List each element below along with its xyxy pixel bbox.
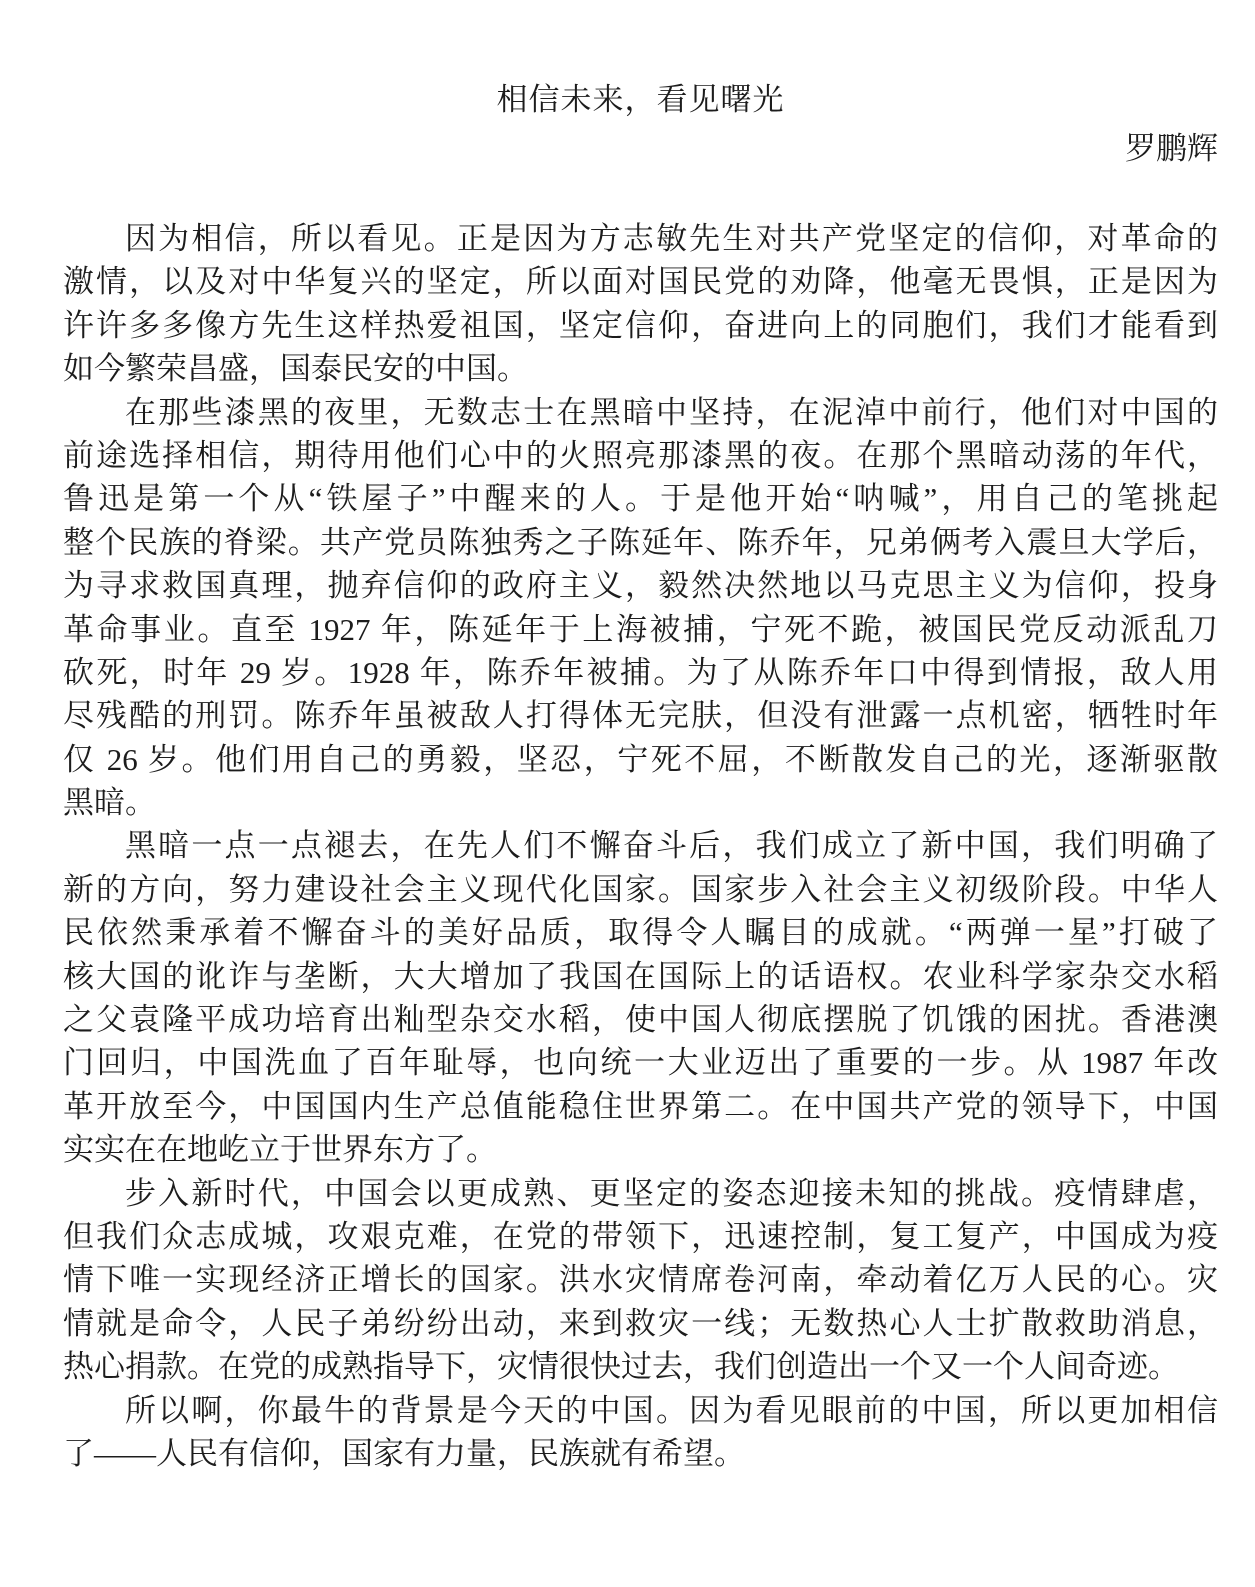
text-line: 革命事业。直至 1927 年，陈延年于上海被捕，宁死不跪，被国民党反动派乱刀 xyxy=(63,608,1218,651)
text-line: 革开放至今，中国国内生产总值能稳住世界第二。在中国共产党的领导下，中国 xyxy=(63,1085,1218,1128)
text-line: 情下唯一实现经济正增长的国家。洪水灾情席卷河南，牵动着亿万人民的心。灾 xyxy=(63,1258,1218,1301)
text-line: 在那些漆黑的夜里，无数志士在黑暗中坚持，在泥淖中前行，他们对中国的 xyxy=(63,391,1218,434)
text-line: 新的方向，努力建设社会主义现代化国家。国家步入社会主义初级阶段。中华人 xyxy=(63,868,1218,911)
page-title: 相信未来，看见曙光 xyxy=(63,82,1218,118)
text-line: 门回归，中国洗血了百年耻辱，也向统一大业迈出了重要的一步。从 1987 年改 xyxy=(63,1041,1218,1084)
text-line: 步入新时代，中国会以更成熟、更坚定的姿态迎接未知的挑战。疫情肆虐， xyxy=(63,1172,1218,1215)
text-line: 核大国的讹诈与垄断，大大增加了我国在国际上的话语权。农业科学家杂交水稻 xyxy=(63,955,1218,998)
text-line: 之父袁隆平成功培育出籼型杂交水稻，使中国人彻底摆脱了饥饿的困扰。香港澳 xyxy=(63,998,1218,1041)
text-line: 黑暗。 xyxy=(63,781,1218,824)
text-line: 实实在在地屹立于世界东方了。 xyxy=(63,1128,1218,1171)
text-line: 许许多多像方先生这样热爱祖国，坚定信仰，奋进向上的同胞们，我们才能看到 xyxy=(63,304,1218,347)
text-line: 激情，以及对中华复兴的坚定，所以面对国民党的劝降，他毫无畏惧，正是因为 xyxy=(63,260,1218,303)
text-line: 前途选择相信，期待用他们心中的火照亮那漆黑的夜。在那个黑暗动荡的年代， xyxy=(63,434,1218,477)
text-line: 砍死，时年 29 岁。1928 年，陈乔年被捕。为了从陈乔年口中得到情报，敌人用 xyxy=(63,651,1218,694)
author-name: 罗鹏辉 xyxy=(63,131,1218,167)
text-line: 如今繁荣昌盛，国泰民安的中国。 xyxy=(63,347,1218,390)
paragraph: 因为相信，所以看见。正是因为方志敏先生对共产党坚定的信仰，对革命的激情，以及对中… xyxy=(63,217,1218,391)
document-page: 相信未来，看见曙光 罗鹏辉 因为相信，所以看见。正是因为方志敏先生对共产党坚定的… xyxy=(0,0,1255,1587)
paragraph: 所以啊，你最牛的背景是今天的中国。因为看见眼前的中国，所以更加相信了——人民有信… xyxy=(63,1389,1218,1476)
text-line: 所以啊，你最牛的背景是今天的中国。因为看见眼前的中国，所以更加相信 xyxy=(63,1389,1218,1432)
text-line: 整个民族的脊梁。共产党员陈独秀之子陈延年、陈乔年，兄弟俩考入震旦大学后， xyxy=(63,521,1218,564)
text-line: 仅 26 岁。他们用自己的勇毅，坚忍，宁死不屈，不断散发自己的光，逐渐驱散 xyxy=(63,738,1218,781)
text-line: 热心捐款。在党的成熟指导下，灾情很快过去，我们创造出一个又一个人间奇迹。 xyxy=(63,1345,1218,1388)
text-line: 鲁迅是第一个从“铁屋子”中醒来的人。于是他开始“呐喊”，用自己的笔挑起 xyxy=(63,477,1218,520)
paragraph: 步入新时代，中国会以更成熟、更坚定的姿态迎接未知的挑战。疫情肆虐，但我们众志成城… xyxy=(63,1172,1218,1389)
text-line: 因为相信，所以看见。正是因为方志敏先生对共产党坚定的信仰，对革命的 xyxy=(63,217,1218,260)
text-line: 了——人民有信仰，国家有力量，民族就有希望。 xyxy=(63,1432,1218,1475)
text-line: 尽残酷的刑罚。陈乔年虽被敌人打得体无完肤，但没有泄露一点机密，牺牲时年 xyxy=(63,694,1218,737)
paragraph: 在那些漆黑的夜里，无数志士在黑暗中坚持，在泥淖中前行，他们对中国的前途选择相信，… xyxy=(63,391,1218,825)
text-line: 但我们众志成城，攻艰克难，在党的带领下，迅速控制，复工复产，中国成为疫 xyxy=(63,1215,1218,1258)
text-line: 黑暗一点一点褪去，在先人们不懈奋斗后，我们成立了新中国，我们明确了 xyxy=(63,824,1218,867)
text-line: 情就是命令，人民子弟纷纷出动，来到救灾一线；无数热心人士扩散救助消息， xyxy=(63,1302,1218,1345)
essay-body: 因为相信，所以看见。正是因为方志敏先生对共产党坚定的信仰，对革命的激情，以及对中… xyxy=(63,217,1218,1475)
text-line: 民依然秉承着不懈奋斗的美好品质，取得令人瞩目的成就。“两弹一星”打破了 xyxy=(63,911,1218,954)
paragraph: 黑暗一点一点褪去，在先人们不懈奋斗后，我们成立了新中国，我们明确了新的方向，努力… xyxy=(63,824,1218,1171)
text-line: 为寻求救国真理，抛弃信仰的政府主义，毅然决然地以马克思主义为信仰，投身 xyxy=(63,564,1218,607)
